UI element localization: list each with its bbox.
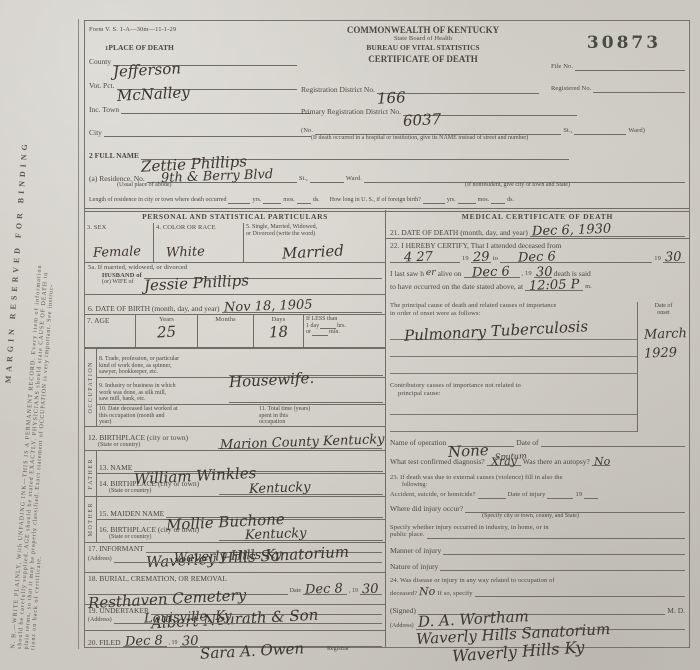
file-no-blank	[575, 67, 685, 71]
contributory-label-1: Contributory causes of importance not re…	[390, 382, 637, 390]
attended-to-blank: Dec 6	[500, 259, 652, 263]
if-so-blank	[475, 593, 685, 597]
if-so-label: If so, specify	[438, 590, 473, 598]
inc-town-row: Inc. Town	[89, 105, 311, 114]
father-vertical-cell: FATHER	[85, 451, 97, 497]
last-saw-label-1: I last saw h	[390, 269, 424, 278]
cause-main: The principal cause of death and related…	[386, 302, 637, 432]
signed-row: (Signed) D. A. Wortham M. D.	[390, 606, 685, 615]
marital-label-1: 5. Single, Married, Widowed,	[246, 224, 383, 231]
burial-date-label: Date	[290, 588, 301, 595]
date-of-death-value: Dec 6, 1930	[532, 223, 612, 239]
less-hrs-label: hrs.	[337, 323, 346, 330]
undertaker-address-value: Louisville, Ky	[143, 609, 231, 625]
date-of-death-row: 21. DATE OF DEATH (month, day, and year)…	[386, 223, 689, 239]
bureau-subtitle: BUREAU OF VITAL STATISTICS	[295, 43, 551, 52]
residence-row: (a) Residence. No. 9th & Berry Blvd St.,…	[89, 174, 685, 183]
total-time-label-3: occupation	[259, 419, 383, 426]
registration-district-label: Registration District No.	[301, 85, 375, 94]
onset-value-month: March	[644, 327, 687, 341]
nature-row: Nature of injury	[390, 562, 685, 571]
us-yrs-blank	[423, 200, 445, 204]
test-row: What test confirmed diagnosis? Xray Sput…	[390, 457, 685, 466]
age-less-cell: If LESS than 1 dayhrs. ormin.	[303, 315, 385, 347]
last-saw-year-blank: 30	[534, 274, 552, 278]
last-saw-row: I last saw h er alive on Dec 6 , 19 30 d…	[390, 269, 685, 278]
date-of-death-blank: Dec 6, 1930	[530, 233, 685, 237]
dob-value: Nov 18, 1905	[223, 298, 312, 314]
filed-year-blank: 30	[180, 643, 198, 647]
hospital-note: (If death occurred in a hospital or inst…	[311, 135, 528, 142]
mother-vertical-label: MOTHER	[88, 502, 94, 536]
mother-birthplace-value: Kentucky	[245, 527, 307, 542]
total-time-label-1: 11. Total time (years)	[259, 406, 383, 413]
burial-year-19: , 19	[349, 588, 358, 595]
birthplace-value: Marion County Kentucky	[220, 433, 385, 452]
manner-blank	[443, 551, 685, 555]
street-no-label: (No.	[301, 127, 313, 135]
father-vertical-label: FATHER	[88, 458, 94, 489]
length-mos-label: mos.	[283, 197, 295, 204]
contributory-line-1	[390, 398, 637, 415]
operation-blank: None	[448, 443, 514, 447]
industry-label-2: work was done, as silk mill,	[99, 390, 227, 397]
father-birthplace-sub: (State or country)	[109, 488, 217, 495]
filed-year-19: , 19	[169, 640, 178, 647]
external-label-2: following:	[402, 482, 685, 489]
industry-blank	[229, 399, 383, 403]
injury-date-blank	[547, 495, 573, 499]
us-ds-blank	[491, 200, 505, 204]
us-yrs-label: yrs.	[447, 197, 456, 204]
length-yrs-label: yrs.	[252, 197, 261, 204]
age-months-cell: Months	[197, 315, 253, 347]
last-saw-year: 30	[535, 265, 552, 279]
age-cell: 7. AGE	[85, 315, 135, 347]
undertaker-address-sub: (Address)	[88, 617, 112, 624]
city-row: City	[89, 128, 311, 137]
sex-race-marital-row: 3. SEX Female 4. COLOR OR RACE White 5. …	[85, 223, 385, 263]
filed-date-value: Dec 8	[124, 634, 162, 648]
where-blank	[465, 509, 685, 513]
length-of-residence-row: Length of residence in city or town wher…	[89, 197, 685, 204]
onset-value-year: 1929	[644, 347, 678, 361]
sex-label: 3. SEX	[87, 224, 151, 232]
race-label: 4. COLOR OR RACE	[156, 224, 241, 232]
county-row: County Jefferson	[89, 57, 297, 66]
last-saw-date-blank: Dec 6	[464, 274, 520, 278]
parents-vertical-cells: FATHER MOTHER	[85, 451, 97, 542]
city-label: City	[89, 128, 102, 137]
primary-district-blank: 6037	[403, 112, 577, 116]
full-name-row: 2 FULL NAME Zettie Phillips	[89, 151, 569, 160]
where-label: Where did injury occur?	[390, 504, 463, 513]
filed-year-value: 30	[181, 635, 198, 649]
manner-label: Manner of injury	[390, 546, 441, 555]
place-of-death-title: PLACE OF DEATH	[108, 43, 173, 52]
us-length-label: How long in U. S., if of foreign birth?	[330, 197, 421, 204]
city-blank	[104, 133, 311, 137]
specify-label-2: public place.	[390, 531, 425, 539]
age-label: 7. AGE	[87, 316, 133, 325]
cause-line-1: Pulmonary Tuberculosis	[390, 317, 637, 340]
undertaker-label: 19. UNDERTAKER	[88, 606, 149, 615]
last-saw-label-3: death is said	[554, 269, 591, 278]
contributory-label-2: principal cause:	[398, 390, 637, 398]
attended-to-value: Dec 6	[518, 250, 556, 264]
specify-label-1: Specify whether injury occurred in indus…	[390, 524, 685, 532]
nature-blank	[440, 567, 685, 571]
informant-address-value: Waverly Hills Ky	[173, 548, 281, 565]
us-mos-blank	[458, 200, 476, 204]
md-label: M. D.	[667, 606, 685, 615]
informant-address-blank: Waverly Hills Ky	[114, 559, 382, 563]
father-birthplace-value: Kentucky	[249, 481, 311, 496]
parents-group: FATHER MOTHER 13. NAME William Winkles 1…	[85, 451, 385, 543]
physician-address-label: (Address)	[390, 623, 414, 630]
registration-district-value: 166	[377, 90, 406, 106]
place-of-death-heading: 1PLACE OF DEATH	[105, 37, 174, 55]
vot-pct-value: McNalley	[116, 85, 189, 104]
primary-district-label: Primary Registration District No.	[301, 107, 401, 116]
length-ds-label: ds.	[313, 197, 320, 204]
length-yrs-blank	[228, 200, 250, 204]
principal-cause-label-1: The principal cause of death and related…	[390, 302, 637, 310]
primary-district-row: Primary Registration District No. 6037	[301, 107, 577, 116]
operation-date-label: Date of	[516, 438, 538, 447]
trade-label-2: kind of work done, as spinner,	[99, 363, 227, 370]
informant-row: 17. INFORMANT Waverley Hills Sanatorium …	[85, 543, 385, 573]
attended-to-year-blank: 30	[663, 259, 685, 263]
age-days-value: 18	[269, 324, 289, 340]
street-row: (No. St., Ward)	[301, 127, 645, 135]
marital-cell: 5. Single, Married, Widowed, or Divorced…	[243, 223, 385, 262]
form-number: Form V. S. 1-A—30m—11-1-29	[89, 26, 176, 34]
external-causes-block: 23. If death was due to external causes …	[390, 474, 685, 630]
accident-label: Accident, suicide, or homicide?	[390, 491, 476, 499]
test-above-value: Sputum	[495, 452, 527, 467]
trade-value: Housewife.	[229, 371, 315, 390]
street-ward-label: Ward)	[628, 127, 645, 135]
file-no-label: File No.	[551, 63, 573, 71]
age-days-cell: Days 18	[253, 315, 303, 347]
specify-blank	[427, 535, 685, 539]
last-saw-label-2: alive on	[438, 269, 462, 278]
mother-name-label: 15. MAIDEN NAME	[99, 509, 164, 518]
mother-vertical-cell: MOTHER	[85, 497, 97, 542]
father-name-row: 13. NAME William Winkles	[97, 451, 385, 474]
mother-birthplace-blank: Kentucky	[219, 537, 383, 541]
race-value: White	[166, 245, 205, 259]
father-name-label: 13. NAME	[99, 463, 132, 472]
race-cell: 4. COLOR OR RACE White	[153, 223, 243, 262]
autopsy-label: Was there an autopsy?	[523, 457, 590, 466]
husband-value: Jessie Phillips	[144, 274, 250, 294]
injury-date-label: Date of injury	[508, 491, 546, 499]
mother-birthplace-sub: (State or country)	[109, 534, 217, 541]
full-name-blank: Zettie Phillips	[141, 156, 569, 160]
county-blank: Jefferson	[113, 62, 297, 66]
registrar-label: Registrar	[327, 646, 349, 653]
total-time-label-2: spent in this	[259, 413, 383, 420]
medical-column: MEDICAL CERTIFICATE OF DEATH 21. DATE OF…	[386, 210, 689, 647]
dob-blank: Nov 18, 1905	[222, 309, 382, 313]
attended-from-year: 29	[472, 250, 489, 264]
attended-to-year: 30	[665, 250, 682, 264]
occupation-related-label-2: deceased?	[390, 590, 417, 598]
birthplace-sub: (State or country)	[98, 442, 216, 449]
date-of-death-label: 21. DATE OF DEATH (month, day, and year)	[390, 228, 528, 237]
accident-blank	[478, 495, 506, 499]
attended-from-blank: 4 27	[390, 259, 460, 263]
industry-label-3: saw mill, bank, etc.	[99, 396, 227, 403]
cause-block: The principal cause of death and related…	[386, 302, 689, 432]
undertaker-address-blank: Louisville, Ky	[114, 620, 382, 624]
less-hrs-blank	[320, 325, 336, 329]
burial-place-blank: Resthaven Cemetery	[88, 591, 288, 595]
father-name-blank: William Winkles	[134, 468, 383, 472]
autopsy-blank: No	[592, 462, 610, 466]
occurred-label: to have occurred on the date stated abov…	[390, 282, 523, 291]
total-time-cell: 11. Total time (years) spent in this occ…	[257, 405, 385, 425]
county-label: County	[89, 57, 111, 66]
last-saw-19: , 19	[522, 270, 532, 278]
dob-row: 6. DATE OF BIRTH (month, day, and year) …	[85, 295, 385, 315]
age-years-cell: Years 25	[135, 315, 197, 347]
husband-label-1: 5a. If married, widowed, or divorced	[88, 264, 382, 272]
header-titles: COMMONWEALTH OF KENTUCKY State Board of …	[295, 25, 551, 64]
burial-date-blank: Dec 8	[303, 591, 347, 595]
informant-address-sub: (Address)	[88, 556, 112, 563]
residence-ward-blank	[310, 179, 344, 183]
signed-label: (Signed)	[390, 606, 416, 615]
where-sub: (Specify city or town, county, and State…	[482, 513, 685, 520]
margin-nb-note: N. B.—WRITE PLAINLY, With UNFADING INK—T…	[10, 30, 80, 650]
residence-st-label: St.,	[299, 175, 308, 183]
margin-binding-note: MARGIN RESERVED FOR BINDING	[4, 140, 30, 384]
registration-district-blank: 166	[377, 90, 539, 94]
less-label-1: If LESS than	[306, 316, 383, 323]
burial-year-value: 30	[362, 582, 379, 596]
burial-year-blank: 30	[360, 591, 382, 595]
trade-label-3: sawyer, bookkeeper, etc.	[99, 369, 227, 376]
husband-row: 5a. If married, widowed, or divorced HUS…	[85, 263, 385, 295]
certificate-form: Form V. S. 1-A—30m—11-1-29 1PLACE OF DEA…	[84, 20, 690, 648]
vot-pct-label: Vot. Pct.	[89, 81, 115, 90]
signed-blank: D. A. Wortham	[418, 611, 665, 615]
medical-column-title: MEDICAL CERTIFICATE OF DEATH	[386, 212, 689, 221]
file-no-row: File No.	[551, 63, 685, 71]
last-worked-row: 10. Date deceased last worked at this oc…	[97, 405, 385, 425]
less-or-label: or	[306, 329, 311, 336]
onset-label-2: onset	[640, 310, 687, 317]
operation-row: Name of operation None Date of	[390, 438, 685, 447]
certify-line: 22. I HEREBY CERTIFY, That I attended de…	[390, 241, 685, 250]
where-row: Where did injury occur?	[390, 504, 685, 513]
cause-line-2	[390, 340, 637, 357]
inc-town-blank	[121, 110, 311, 114]
personal-column-title: PERSONAL AND STATISTICAL PARTICULARS	[85, 212, 385, 221]
length-mos-blank	[263, 200, 281, 204]
mother-name-blank: Mollie Buchone	[166, 514, 383, 518]
time-value: 12:05 P	[529, 278, 580, 293]
last-saw-her: er	[426, 268, 436, 277]
onset-column: Date of onset March 1929	[637, 302, 689, 432]
street-ward-blank	[574, 131, 626, 135]
trade-row: 8. Trade, profession, or particular kind…	[97, 349, 385, 378]
commonwealth-title: COMMONWEALTH OF KENTUCKY	[295, 25, 551, 35]
time-m-label: m.	[585, 283, 592, 291]
age-row: 7. AGE Years 25 Months Days 18 If LESS t…	[85, 315, 385, 349]
manner-row: Manner of injury	[390, 546, 685, 555]
residence-value: 9th & Berry Blvd	[161, 168, 274, 185]
father-birthplace-blank: Kentucky	[219, 491, 383, 495]
injury-19: 19	[575, 491, 582, 499]
occupation-related-row: deceased? No If so, specify	[390, 586, 685, 597]
last-worked-cell: 10. Date deceased last worked at this oc…	[97, 405, 257, 425]
occupation-vertical-label: OCCUPATION	[88, 361, 94, 413]
industry-label-1: 9. Industry or business in which	[99, 383, 227, 390]
autopsy-value: No	[594, 456, 611, 468]
marital-label-2: or Divorced (write the word)	[246, 231, 383, 238]
onset-label-1: Date of	[640, 303, 687, 310]
full-name-label: 2 FULL NAME	[89, 151, 139, 160]
attended-from-19: 19	[462, 255, 469, 263]
certificate-stamp-number: 30873	[563, 33, 685, 53]
vot-pct-row: Vot. Pct. McNalley	[89, 81, 297, 90]
accident-row: Accident, suicide, or homicide? Date of …	[390, 491, 685, 499]
personal-column: PERSONAL AND STATISTICAL PARTICULARS 3. …	[85, 210, 386, 647]
marital-value: Married	[282, 243, 345, 261]
inc-town-label: Inc. Town	[89, 105, 119, 114]
occurred-row: to have occurred on the date stated abov…	[390, 282, 685, 291]
death-certificate-scan: { "margin": { "binding": "MARGIN RESERVE…	[0, 0, 700, 670]
burial-date-value: Dec 8	[305, 582, 343, 596]
last-worked-label-2: this occupation (month and	[99, 413, 255, 420]
length-label: Length of residence in city or town wher…	[89, 197, 226, 204]
age-years-value: 25	[157, 324, 177, 340]
paper-background: MARGIN RESERVED FOR BINDING N. B.—WRITE …	[0, 0, 700, 670]
trade-label-1: 8. Trade, profession, or particular	[99, 356, 227, 363]
birthplace-blank: Marion County Kentucky	[218, 445, 382, 449]
less-min-blank	[312, 332, 328, 336]
residence-ward-label: Ward.	[346, 175, 362, 183]
sex-value: Female	[93, 245, 141, 260]
us-mos-label: mos.	[478, 197, 490, 204]
attended-to-19: 19	[654, 255, 661, 263]
abode-note: (Usual place of abode)	[117, 182, 171, 189]
birthplace-row: 12. BIRTHPLACE (city or town) (State or …	[85, 427, 385, 451]
registration-district-row: Registration District No. 166	[301, 85, 539, 94]
registered-no-label: Registered No.	[551, 85, 591, 93]
length-ds-blank	[297, 200, 311, 204]
certificate-title: CERTIFICATE OF DEATH	[295, 54, 551, 64]
age-months-label: Months	[200, 316, 251, 324]
less-min-label: min.	[329, 329, 340, 336]
external-label-1: 23. If death was due to external causes …	[390, 474, 685, 482]
filed-label: 20. FILED	[88, 638, 121, 647]
undertaker-row: 19. UNDERTAKER Albert Neurath & Son (Add…	[85, 605, 385, 631]
occupation-related-label-1: 24. Was disease or injury in any way rel…	[390, 577, 685, 585]
mother-name-row: 15. MAIDEN NAME Mollie Buchone	[97, 497, 385, 520]
occupation-group: OCCUPATION 8. Trade, profession, or part…	[85, 349, 385, 427]
test-blank: Xray Sputum	[487, 462, 521, 466]
injury-year-blank	[584, 495, 598, 499]
physician-address-blank: Waverly Hills Sanatorium	[416, 626, 685, 630]
operation-label: Name of operation	[390, 438, 446, 447]
attended-to-label: to	[493, 255, 498, 263]
husband-blank: Jessie Phillips	[144, 275, 382, 279]
informant-label: 17. INFORMANT	[88, 544, 144, 553]
nature-label: Nature of injury	[390, 562, 438, 571]
us-ds-label: ds.	[507, 197, 514, 204]
operation-date-blank	[541, 443, 685, 447]
last-worked-label-3: year)	[99, 419, 255, 426]
filed-date-blank: Dec 8	[123, 643, 167, 647]
attended-dates-row: 4 27 19 29 to Dec 6 19 30	[390, 255, 685, 263]
time-blank: 12:05 P	[525, 287, 583, 291]
occupation-vertical-cell: OCCUPATION	[85, 349, 97, 426]
last-saw-date: Dec 6	[471, 265, 509, 279]
registrar-signature: Sara A. Owen	[199, 641, 304, 661]
contributory-line-2	[390, 415, 637, 432]
last-worked-label-1: 10. Date deceased last worked at	[99, 406, 255, 413]
street-st-label: St.,	[563, 127, 572, 135]
burial-row: 18. BURIAL, CREMATION, OR REMOVAL Restha…	[85, 573, 385, 605]
registered-no-row: Registered No.	[551, 85, 685, 93]
specify-row: public place.	[390, 531, 685, 539]
state-board-subtitle: State Board of Health	[295, 35, 551, 43]
trade-blank: Housewife.	[229, 372, 383, 376]
attended-from-value: 4 27	[404, 250, 433, 264]
registrar-blank: Sara A. Owen	[200, 643, 383, 647]
attended-from-year-blank: 29	[471, 259, 491, 263]
occupation-related-value: No	[419, 586, 436, 598]
principal-cause-label-2: in order of onset were as follows:	[390, 310, 637, 318]
test-label: What test confirmed diagnosis?	[390, 457, 485, 466]
cause-line-3	[390, 357, 637, 374]
certify-block: 22. I HEREBY CERTIFY, That I attended de…	[386, 241, 689, 291]
sex-cell: 3. SEX Female	[85, 223, 153, 262]
registered-no-blank	[593, 89, 685, 93]
nonresident-note: (If nonresident, give city or town and S…	[465, 182, 570, 189]
county-value: Jefferson	[113, 61, 182, 80]
less-label-2: 1 day	[306, 323, 319, 330]
dob-label: 6. DATE OF BIRTH (month, day, and year)	[88, 304, 220, 313]
vot-pct-blank: McNalley	[117, 86, 298, 90]
